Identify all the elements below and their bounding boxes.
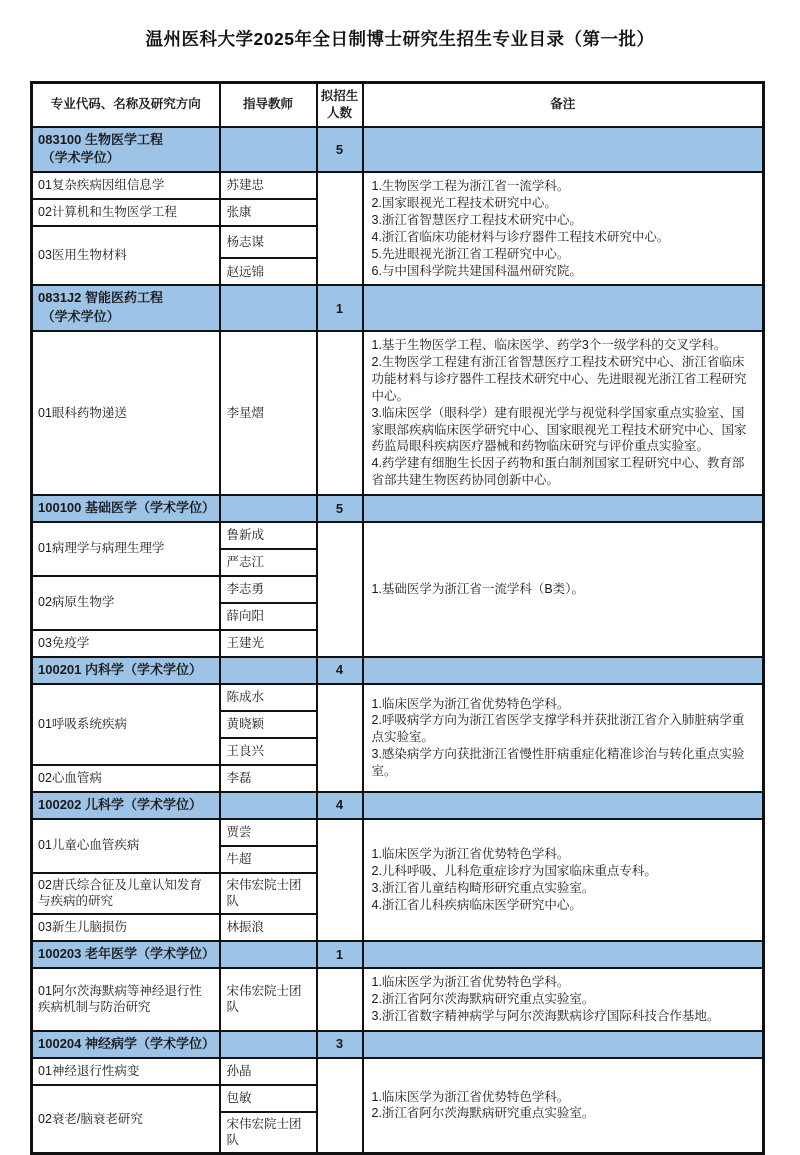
detail-row: 01复杂疾病因组信息学苏建忠1.生物医学工程为浙江省一流学科。 2.国家眼视光工… [32, 172, 764, 199]
section-quota: 5 [317, 495, 363, 522]
section-quota: 3 [317, 1031, 363, 1058]
section-supervisor-blank [220, 127, 317, 173]
quota-merged-cell [317, 684, 363, 792]
header-code-direction: 专业代码、名称及研究方向 [32, 83, 220, 127]
section-row: 0831J2 智能医药工程 （学术学位）1 [32, 285, 764, 331]
direction-cell: 01复杂疾病因组信息学 [32, 172, 220, 199]
teacher-cell: 张康 [220, 199, 317, 226]
section-code-title: 0831J2 智能医药工程 （学术学位） [32, 285, 220, 331]
section-row: 100201 内科学（学术学位）4 [32, 657, 764, 684]
teacher-cell: 李志勇 [220, 576, 317, 603]
teacher-cell: 宋伟宏院士团队 [220, 873, 317, 915]
direction-cell: 02衰老/脑衰老研究 [32, 1085, 220, 1154]
quota-merged-cell [317, 522, 363, 657]
section-quota: 5 [317, 127, 363, 173]
remark-cell: 1.基于生物医学工程、临床医学、药学3个一级学科的交叉学科。 2.生物医学工程建… [363, 331, 764, 495]
quota-merged-cell [317, 172, 363, 285]
direction-cell: 01眼科药物递送 [32, 331, 220, 495]
teacher-cell: 陈成水 [220, 684, 317, 711]
section-quota: 1 [317, 285, 363, 331]
teacher-cell: 李星熠 [220, 331, 317, 495]
detail-row: 01儿童心血管疾病贾尝1.临床医学为浙江省优势特色学科。 2.儿科呼吸、儿科危重… [32, 819, 764, 846]
detail-row: 01呼吸系统疾病陈成水1.临床医学为浙江省优势特色学科。 2.呼吸病学方向为浙江… [32, 684, 764, 711]
section-supervisor-blank [220, 792, 317, 819]
remark-cell: 1.基础医学为浙江省一流学科（B类）。 [363, 522, 764, 657]
catalog-table-body: 083100 生物医学工程 （学术学位）501复杂疾病因组信息学苏建忠1.生物医… [32, 127, 764, 1154]
section-row: 100100 基础医学（学术学位）5 [32, 495, 764, 522]
teacher-cell: 鲁新成 [220, 522, 317, 549]
remark-cell: 1.临床医学为浙江省优势特色学科。 2.浙江省阿尔茨海默病研究重点实验室。 3.… [363, 968, 764, 1031]
direction-cell: 01儿童心血管疾病 [32, 819, 220, 873]
section-supervisor-blank [220, 1031, 317, 1058]
teacher-cell: 宋伟宏院士团队 [220, 968, 317, 1031]
direction-cell: 02唐氏综合征及儿童认知发育与疾病的研究 [32, 873, 220, 915]
direction-cell: 01阿尔茨海默病等神经退行性疾病机制与防治研究 [32, 968, 220, 1031]
section-code-title: 083100 生物医学工程 （学术学位） [32, 127, 220, 173]
section-quota: 4 [317, 657, 363, 684]
teacher-cell: 严志江 [220, 549, 317, 576]
quota-merged-cell [317, 968, 363, 1031]
section-row: 100204 神经病学（学术学位）3 [32, 1031, 764, 1058]
section-remark-blank [363, 792, 764, 819]
teacher-cell: 苏建忠 [220, 172, 317, 199]
section-code-title: 100201 内科学（学术学位） [32, 657, 220, 684]
remark-cell: 1.临床医学为浙江省优势特色学科。 2.呼吸病学方向为浙江省医学支撑学科并获批浙… [363, 684, 764, 792]
teacher-cell: 王建光 [220, 630, 317, 657]
remark-cell: 1.临床医学为浙江省优势特色学科。 2.浙江省阿尔茨海默病研究重点实验室。 [363, 1058, 764, 1154]
section-supervisor-blank [220, 657, 317, 684]
teacher-cell: 贾尝 [220, 819, 317, 846]
detail-row: 01眼科药物递送李星熠1.基于生物医学工程、临床医学、药学3个一级学科的交叉学科… [32, 331, 764, 495]
section-remark-blank [363, 941, 764, 968]
teacher-cell: 王良兴 [220, 738, 317, 765]
teacher-cell: 包敏 [220, 1085, 317, 1112]
section-quota: 4 [317, 792, 363, 819]
section-code-title: 100203 老年医学（学术学位） [32, 941, 220, 968]
page-title: 温州医科大学2025年全日制博士研究生招生专业目录（第一批） [0, 26, 800, 51]
section-code-title: 100204 神经病学（学术学位） [32, 1031, 220, 1058]
section-supervisor-blank [220, 285, 317, 331]
teacher-cell: 宋伟宏院士团队 [220, 1112, 317, 1154]
direction-cell: 03新生儿脑损伤 [32, 914, 220, 941]
header-supervisor: 指导教师 [220, 83, 317, 127]
detail-row: 01阿尔茨海默病等神经退行性疾病机制与防治研究宋伟宏院士团队1.临床医学为浙江省… [32, 968, 764, 1031]
section-row: 083100 生物医学工程 （学术学位）5 [32, 127, 764, 173]
section-remark-blank [363, 1031, 764, 1058]
section-supervisor-blank [220, 941, 317, 968]
section-code-title: 100100 基础医学（学术学位） [32, 495, 220, 522]
section-supervisor-blank [220, 495, 317, 522]
teacher-cell: 薛向阳 [220, 603, 317, 630]
header-quota: 拟招生 人数 [317, 83, 363, 127]
section-row: 100202 儿科学（学术学位）4 [32, 792, 764, 819]
teacher-cell: 孙晶 [220, 1058, 317, 1085]
direction-cell: 02心血管病 [32, 765, 220, 792]
direction-cell: 01神经退行性病变 [32, 1058, 220, 1085]
section-remark-blank [363, 127, 764, 173]
direction-cell: 01呼吸系统疾病 [32, 684, 220, 765]
direction-cell: 03医用生物材料 [32, 226, 220, 285]
section-code-title: 100202 儿科学（学术学位） [32, 792, 220, 819]
direction-cell: 03免疫学 [32, 630, 220, 657]
section-row: 100203 老年医学（学术学位）1 [32, 941, 764, 968]
header-remarks: 备注 [363, 83, 764, 127]
remark-cell: 1.临床医学为浙江省优势特色学科。 2.儿科呼吸、儿科危重症诊疗为国家临床重点专… [363, 819, 764, 942]
detail-row: 01神经退行性病变孙晶1.临床医学为浙江省优势特色学科。 2.浙江省阿尔茨海默病… [32, 1058, 764, 1085]
header-row: 专业代码、名称及研究方向 指导教师 拟招生 人数 备注 [32, 83, 764, 127]
document-page: 温州医科大学2025年全日制博士研究生招生专业目录（第一批） 专业代码、名称及研… [0, 0, 800, 1155]
direction-cell: 02计算机和生物医学工程 [32, 199, 220, 226]
direction-cell: 01病理学与病理生理学 [32, 522, 220, 576]
teacher-cell: 牛超 [220, 846, 317, 873]
quota-merged-cell [317, 331, 363, 495]
detail-row: 01病理学与病理生理学鲁新成1.基础医学为浙江省一流学科（B类）。 [32, 522, 764, 549]
teacher-cell: 杨志谋 [220, 226, 317, 258]
section-quota: 1 [317, 941, 363, 968]
teacher-cell: 赵远锦 [220, 258, 317, 285]
teacher-cell: 黄晓颖 [220, 711, 317, 738]
direction-cell: 02病原生物学 [32, 576, 220, 630]
quota-merged-cell [317, 819, 363, 942]
remark-cell: 1.生物医学工程为浙江省一流学科。 2.国家眼视光工程技术研究中心。 3.浙江省… [363, 172, 764, 285]
teacher-cell: 林振浪 [220, 914, 317, 941]
teacher-cell: 李磊 [220, 765, 317, 792]
section-remark-blank [363, 495, 764, 522]
section-remark-blank [363, 657, 764, 684]
quota-merged-cell [317, 1058, 363, 1154]
section-remark-blank [363, 285, 764, 331]
admissions-catalog-table: 专业代码、名称及研究方向 指导教师 拟招生 人数 备注 083100 生物医学工… [30, 81, 765, 1155]
